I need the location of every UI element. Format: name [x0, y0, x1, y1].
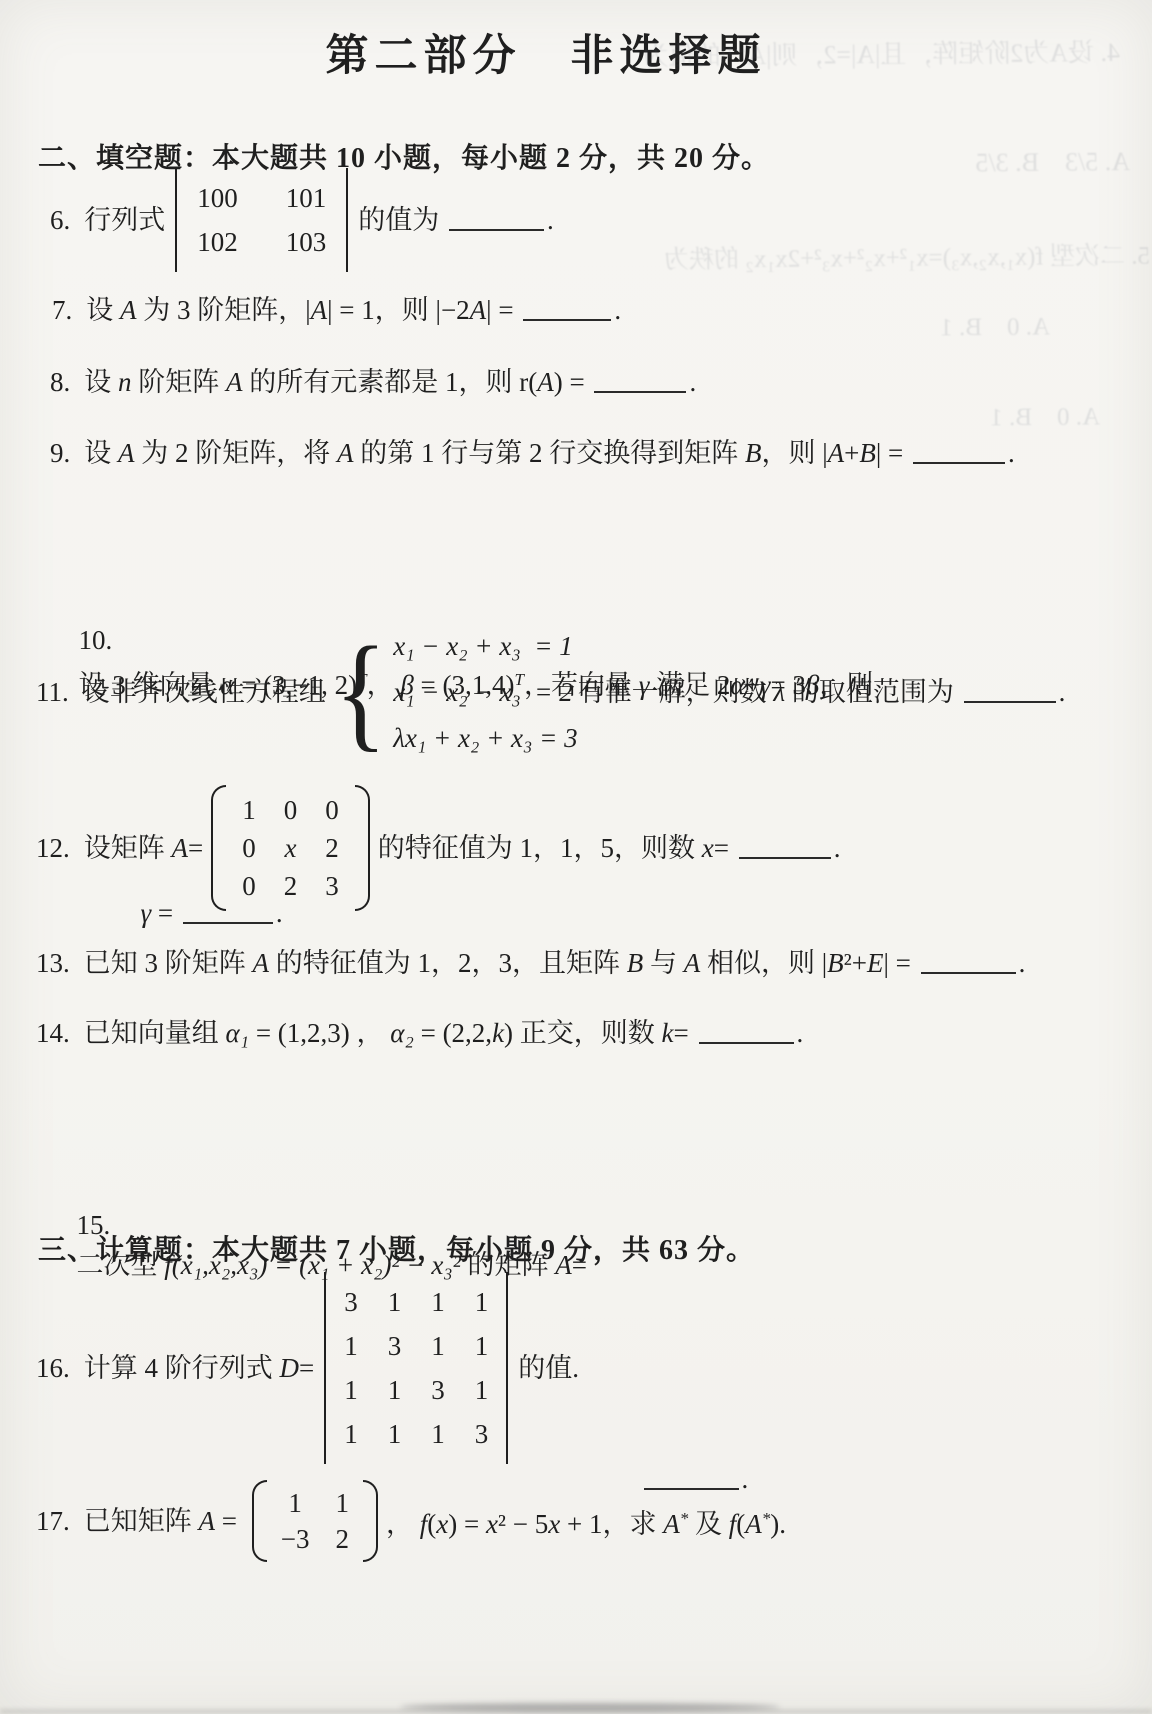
matrix-cell: 1 [242, 791, 256, 829]
question-text: 的值. [518, 1348, 579, 1388]
text-run: | = [883, 948, 917, 978]
text-run: | = [486, 295, 520, 325]
question-text: 已知 3 阶矩阵 A 的特征值为 1，2，3，且矩阵 B 与 A 相似，则 |B… [84, 943, 1026, 983]
det-cell: 100 [197, 176, 238, 220]
question-9: 9. 设 A 为 2 阶矩阵，将 A 的第 1 行与第 2 行交换得到矩阵 B，… [50, 433, 1015, 473]
answer-blank [964, 685, 1056, 703]
question-number: 13. [36, 943, 70, 983]
text-run: 为 2 阶矩阵，将 [135, 438, 338, 468]
equation: λx₁ + x₂ + x₃ = 3 [393, 715, 577, 761]
text-run: 有惟一解，则数 [578, 677, 774, 707]
question-11: 11. 设非齐次线性方程组 { x₁ − x₂ + x₃ = 1 x₁ − x₂… [36, 622, 1065, 762]
text-run: 行列式 [84, 200, 165, 240]
math-run: λ [773, 677, 785, 707]
text-run: = [215, 1506, 244, 1536]
text-run: 的特征值为 1，1，5，则数 [378, 833, 702, 863]
det-cell: 1 [388, 1412, 402, 1456]
bleedthrough-text: 4. 设A为2阶矩阵，且|A|=2，则|A⁻¹|的值为 [640, 32, 1120, 73]
text-run: ) 正交，则数 [504, 1018, 662, 1048]
question-7: 7. 设 A 为 3 阶矩阵，|A| = 1，则 |−2A| = . [52, 290, 621, 330]
text-run: + [844, 438, 859, 468]
text-run: = [674, 1018, 696, 1048]
question-number: 8. [50, 362, 70, 402]
answer-blank [449, 213, 544, 231]
math-run: A [226, 367, 243, 397]
matrix-cell: 0 [284, 791, 298, 829]
matrix-3x3: 1 0 0 0 x 2 0 2 3 [211, 785, 370, 911]
text-run: . [797, 1018, 804, 1048]
question-text: 设 A 为 2 阶矩阵，将 A 的第 1 行与第 2 行交换得到矩阵 B，则 |… [84, 433, 1015, 473]
matrix-grid: 1 1 −3 2 [267, 1480, 363, 1562]
det-cell: 1 [431, 1324, 445, 1368]
matrix-cell: 1 [281, 1485, 310, 1521]
question-number: 17. [36, 1501, 70, 1541]
question-text: 有惟一解，则数 λ 的取值范围为 . [578, 672, 1066, 712]
matrix-grid: 1 0 0 0 x 2 0 2 3 [226, 785, 355, 911]
det-cell: 3 [344, 1280, 358, 1324]
left-paren [252, 1480, 267, 1562]
matrix-2x2: 1 1 −3 2 [252, 1480, 378, 1562]
text-run: 的值. [518, 1353, 579, 1383]
text-run: 与 [643, 948, 684, 978]
matrix-cell: 2 [335, 1521, 349, 1557]
text-run: 的取值范围为 [785, 677, 961, 707]
math-run: A [537, 367, 554, 397]
math-run: x [486, 1509, 498, 1539]
text-run: 的第 1 行与第 2 行交换得到矩阵 [354, 438, 746, 468]
text-run: ² − 5 [498, 1509, 548, 1539]
text-run: . [689, 367, 696, 397]
question-17: 17. 已知矩阵 A = 1 1 −3 2 ， f(x) = x² − 5x +… [36, 1480, 786, 1562]
det-cell: 1 [344, 1368, 358, 1412]
question-8: 8. 设 n 阶矩阵 A 的所有元素都是 1，则 r(A) = . [50, 362, 696, 402]
math-run: α₁ [226, 1018, 250, 1048]
text-run: 的特征值为 1，2，3，且矩阵 [269, 948, 627, 978]
exam-page: 第二部分 非选择题 4. 设A为2阶矩阵，且|A|=2，则|A⁻¹|的值为 A.… [0, 0, 1152, 1714]
text-run: ( [427, 1509, 436, 1539]
text-run: = (2,2, [414, 1018, 492, 1048]
question-text: 计算 4 阶行列式 D= [84, 1348, 314, 1388]
answer-blank [523, 303, 611, 321]
text-run: + 1，求 [560, 1509, 663, 1539]
question-12: 12. 设矩阵 A= 1 0 0 0 x 2 0 2 3 的特征值为 1，1，5… [36, 785, 840, 911]
text-run: 设 [86, 295, 120, 325]
answer-blank [594, 375, 686, 393]
question-number: 6. [50, 200, 70, 240]
text-run: 阶矩阵 [132, 367, 227, 397]
text-run: . [1019, 948, 1026, 978]
text-run: 相似，则 | [700, 948, 827, 978]
question-text: 的特征值为 1，1，5，则数 x= . [378, 828, 841, 868]
answer-blank [913, 446, 1005, 464]
text-run: ). [770, 1509, 786, 1539]
math-run: A [745, 1509, 762, 1539]
text-run: . [547, 205, 554, 235]
text-run: = [299, 1353, 314, 1383]
math-run: k [492, 1018, 504, 1048]
answer-blank [739, 841, 831, 859]
matrix-cell: −3 [281, 1521, 310, 1557]
bleedthrough-text: A. 5/3 B. 3/5 [900, 141, 1130, 180]
matrix-cell: x [284, 829, 298, 867]
matrix-cell: 0 [325, 791, 339, 829]
matrix-cell: 2 [325, 829, 339, 867]
question-6: 6. 行列式 100 101 102 103 的值为 . [50, 168, 554, 272]
math-run: A [828, 438, 845, 468]
matrix-cell: 1 [335, 1485, 349, 1521]
question-number: 16. [36, 1348, 70, 1388]
det-cell: 3 [388, 1324, 402, 1368]
equation-system: x₁ − x₂ + x₃ = 1 x₁ − x₂ − x₃ = 2 λx₁ + … [393, 623, 577, 761]
math-run: E [867, 948, 884, 978]
det-cell: 101 [286, 176, 327, 220]
det-cell: 3 [431, 1368, 445, 1412]
scanner-edge-shadow [0, 1709, 1152, 1714]
math-run: A [253, 948, 270, 978]
question-number: 11. [36, 672, 69, 712]
math-run: A [663, 1509, 680, 1539]
text-run: 已知矩阵 [84, 1506, 199, 1536]
math-run: A [470, 295, 487, 325]
math-run: B [827, 948, 844, 978]
det-cell: 103 [286, 220, 327, 264]
text-run: . [614, 295, 621, 325]
question-text: 已知矩阵 A = [84, 1501, 244, 1541]
text-run: = [714, 833, 736, 863]
math-run: x [548, 1509, 560, 1539]
math-run: B [859, 438, 876, 468]
det-cell: 1 [388, 1368, 402, 1412]
bleedthrough-text: 5. 二次型 f(x₁,x₂,x₃)=x₁²+x₂²+x₃²+2x₁x₂ 的秩为 [600, 236, 1150, 277]
math-run: k [662, 1018, 674, 1048]
equation: x₁ − x₂ − x₃ = 2 [393, 669, 577, 715]
text-run: 的所有元素都是 1，则 r( [243, 367, 538, 397]
text-run: | = 1，则 |−2 [327, 295, 470, 325]
left-paren [211, 785, 226, 911]
text-run: . [1059, 677, 1066, 707]
text-run: 为 3 阶矩阵，| [137, 295, 311, 325]
det-cell: 1 [431, 1412, 445, 1456]
math-run: A [120, 295, 137, 325]
det-cell: 1 [344, 1412, 358, 1456]
superscript: * [680, 1509, 689, 1528]
text-run: 的值为 [358, 205, 446, 235]
question-text: 已知向量组 α₁ = (1,2,3) ， α₂ = (2,2,k) 正交，则数 … [84, 1013, 804, 1053]
section-heading-calculation: 三、计算题：本大题共 7 小题，每小题 9 分，共 63 分。 [38, 1228, 755, 1268]
matrix-cell: 0 [242, 829, 256, 867]
text-run: 设非齐次线性方程组 [83, 672, 326, 712]
det-cell: 1 [475, 1324, 489, 1368]
superscript: * [762, 1509, 771, 1528]
math-run: n [118, 367, 132, 397]
det-cell: 1 [475, 1280, 489, 1324]
question-text: 设矩阵 A= [84, 828, 203, 868]
math-run: A [199, 1506, 216, 1536]
determinant-2x2: 100 101 102 103 [175, 168, 348, 272]
right-paren [363, 1480, 378, 1562]
math-run: B [627, 948, 644, 978]
question-number: 14. [36, 1013, 70, 1053]
question-14: 14. 已知向量组 α₁ = (1,2,3) ， α₂ = (2,2,k) 正交… [36, 1013, 803, 1053]
math-run: D [280, 1353, 300, 1383]
question-13: 13. 已知 3 阶矩阵 A 的特征值为 1，2，3，且矩阵 B 与 A 相似，… [36, 943, 1025, 983]
right-paren [355, 785, 370, 911]
left-brace: { [334, 622, 386, 762]
text-run: ，则 | [762, 438, 828, 468]
question-text: 设 A 为 3 阶矩阵，|A| = 1，则 |−2A| = . [86, 290, 621, 330]
bleedthrough-text: A. 0 B. 1 [690, 306, 1050, 345]
math-run: B [745, 438, 762, 468]
det-cell: 1 [388, 1280, 402, 1324]
math-run: A [684, 948, 701, 978]
question-text: 设 n 阶矩阵 A 的所有元素都是 1，则 r(A) = . [84, 362, 696, 402]
question-number: 12. [36, 828, 70, 868]
equation: x₁ − x₂ + x₃ = 1 [393, 623, 577, 669]
text-run: ²+ [844, 948, 867, 978]
math-run: A [311, 295, 328, 325]
math-run: x [702, 833, 714, 863]
text-run: 已知 3 阶矩阵 [84, 948, 253, 978]
text-run: 及 [688, 1509, 729, 1539]
text-run: 设 [84, 438, 118, 468]
math-run: x [436, 1509, 448, 1539]
text-run: 已知向量组 [84, 1018, 226, 1048]
text-run: 计算 4 阶行列式 [84, 1353, 280, 1383]
question-text: ， f(x) = x² − 5x + 1，求 A* 及 f(A*). [386, 1499, 786, 1544]
math-run: α₂ [390, 1018, 414, 1048]
bleedthrough-text: A. 0 B. 1 [740, 396, 1100, 435]
matrix-cell: 2 [284, 867, 298, 905]
text-run: ) = [554, 367, 592, 397]
question-16: 16. 计算 4 阶行列式 D= 3 1 1 1 1 3 1 1 1 1 3 1… [36, 1272, 579, 1464]
math-run: A [337, 438, 354, 468]
text-run: ， [386, 1509, 420, 1539]
det-cell: 102 [197, 220, 238, 264]
determinant-4x4: 3 1 1 1 1 3 1 1 1 1 3 1 1 1 1 3 [324, 1272, 508, 1464]
text-run: 设矩阵 [84, 833, 172, 863]
matrix-cell: 0 [242, 867, 256, 905]
text-run: = (1,2,3) ， [249, 1018, 390, 1048]
det-cell: 1 [431, 1280, 445, 1324]
answer-blank [699, 1026, 794, 1044]
answer-blank [921, 956, 1016, 974]
text-run: | = [876, 438, 910, 468]
text-run: ( [736, 1509, 745, 1539]
text-run: ) = [448, 1509, 486, 1539]
text-run: 设 [84, 367, 118, 397]
text-run: . [834, 833, 841, 863]
det-cell: 1 [344, 1324, 358, 1368]
question-text: 的值为 . [358, 200, 554, 240]
math-run: A [172, 833, 189, 863]
det-cell: 3 [475, 1412, 489, 1456]
matrix-cell: 3 [325, 867, 339, 905]
question-number: 7. [52, 290, 72, 330]
text-run: . [1008, 438, 1015, 468]
question-number: 9. [50, 433, 70, 473]
math-run: A [118, 438, 135, 468]
det-cell: 1 [475, 1368, 489, 1412]
text-run: = [188, 833, 203, 863]
